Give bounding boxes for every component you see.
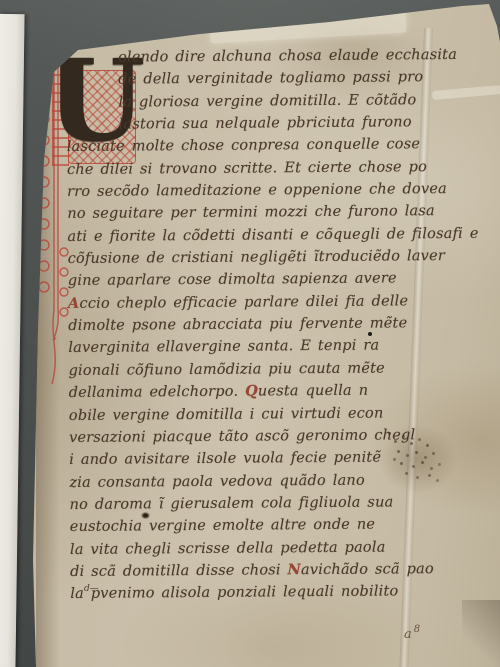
text-line: gine aparlare cose dimolta sapienza aver… bbox=[68, 267, 460, 292]
text-line: no daroma ĩ gierusalem cola figliuola su… bbox=[70, 491, 462, 516]
text-line: de della verginitade togliamo passi pro bbox=[66, 66, 458, 91]
text-line: zia consanta paola vedova quãdo lano bbox=[69, 468, 461, 493]
text-line: obile vergine domitilla i cui virtudi ec… bbox=[69, 401, 461, 426]
text-line: di scã domitilla disse chosi Navichãdo s… bbox=[70, 558, 462, 583]
text-line: la pvenimo alisola ponziali lequali nobi… bbox=[70, 580, 462, 605]
text-line: lastoria sua nelquale pbriciuta furono bbox=[67, 111, 459, 136]
text-line: la vita chegli scrisse della pedetta pao… bbox=[70, 535, 462, 560]
text-line: rro secõdo lameditazione e oppenione che… bbox=[67, 178, 459, 203]
text-line: dimolte psone abracciata piu fervente mẽ… bbox=[68, 312, 460, 337]
manuscript-photo: U olendo dire alchuna chosa elaude eccha… bbox=[0, 0, 500, 667]
text-line: i ando avisitare ilsole vuola fecie peni… bbox=[69, 446, 461, 471]
text-line: ati e fiorite la cõdetti disanti e cõque… bbox=[67, 223, 459, 248]
correction-mark: d— bbox=[84, 584, 99, 594]
text-line: gionali cõfiuno lamõdizia piu cauta mẽte bbox=[68, 357, 460, 382]
text-line: che dilei si trovano scritte. Et cierte … bbox=[67, 156, 459, 181]
quire-signature: a8 bbox=[404, 624, 420, 642]
corner-shade bbox=[462, 600, 500, 667]
parchment-page: U olendo dire alchuna chosa elaude eccha… bbox=[0, 0, 500, 667]
text-line: no seguitare per termini mozzi che furon… bbox=[67, 200, 459, 225]
text-line: la gloriosa vergine domitilla. E cõtãdo bbox=[66, 89, 458, 114]
text-line: Accio cheplo efficacie parlare dilei fia… bbox=[68, 290, 460, 315]
text-line: versazioni piacque tãto ascõ geronimo ch… bbox=[69, 424, 461, 449]
quire-signature-letter: a bbox=[404, 627, 412, 642]
manuscript-text-block: olendo dire alchuna chosa elaude ecchasi… bbox=[66, 44, 462, 606]
text-line: lasciate molte chose conpresa conquelle … bbox=[67, 133, 459, 158]
text-line: eustochia vergine emolte altre onde ne bbox=[70, 513, 462, 538]
text-line: olendo dire alchuna chosa elaude ecchasi… bbox=[66, 44, 458, 69]
quire-signature-number: 8 bbox=[414, 624, 420, 635]
text-line: dellanima edelchorpo. Questa quella n bbox=[69, 379, 461, 404]
text-line: cõfusione de cristiani negligẽti ĩtroduc… bbox=[68, 245, 460, 270]
text-line: laverginita ellavergine santa. E tenpi r… bbox=[68, 334, 460, 359]
